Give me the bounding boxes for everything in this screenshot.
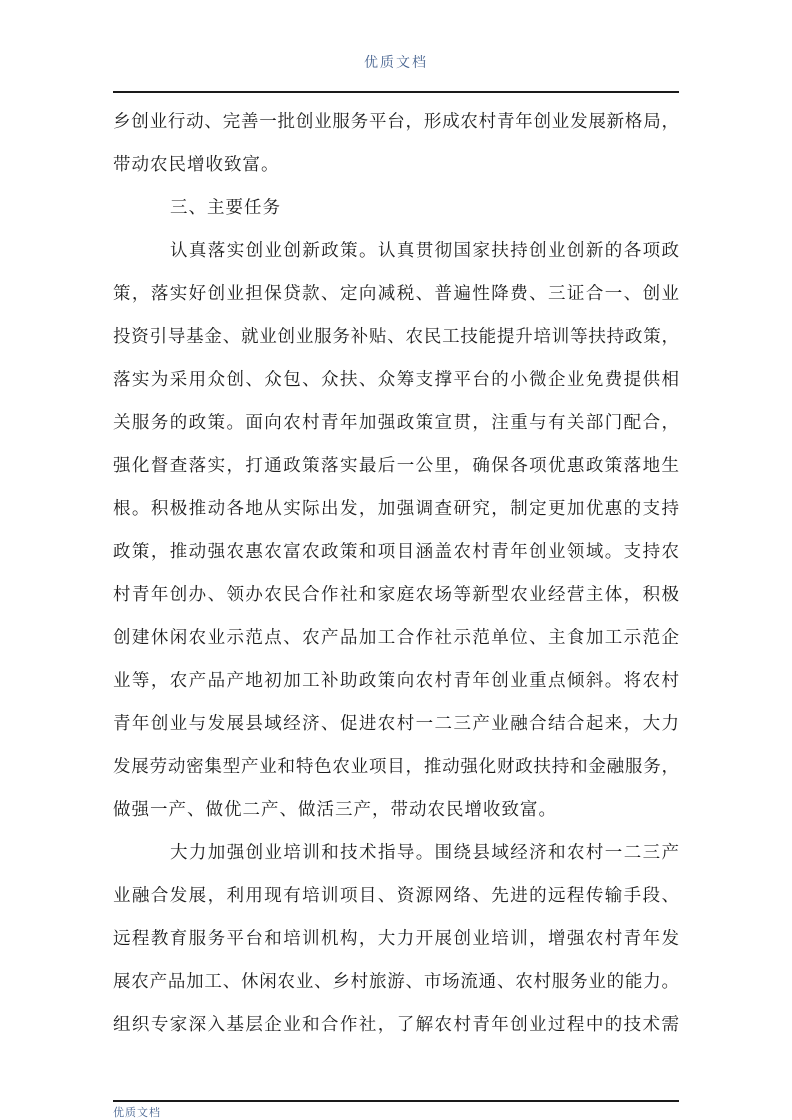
document-page: 优质文档 乡创业行动、完善一批创业服务平台，形成农村青年创业发展新格局， 带动农… [0,0,792,1120]
page-header: 优质文档 [113,0,679,93]
text-line: 展农产品加工、休闲农业、乡村旅游、市场流通、农村服务业的能力。 [113,960,679,1003]
text-line: 策，落实好创业担保贷款、定向减税、普遍性降费、三证合一、创业 [113,272,679,315]
text-line: 投资引导基金、就业创业服务补贴、农民工技能提升培训等扶持政策， [113,315,679,358]
page-footer: 优质文档 [113,1100,679,1120]
text-line: 做强一产、做优二产、做活三产，带动农民增收致富。 [113,788,679,831]
text-line: 创建休闲农业示范点、农产品加工合作社示范单位、主食加工示范企 [113,616,679,659]
text-line: 乡创业行动、完善一批创业服务平台，形成农村青年创业发展新格局， [113,100,679,143]
text-line: 组织专家深入基层企业和合作社，了解农村青年创业过程中的技术需 [113,1003,679,1046]
text-line: 大力加强创业培训和技术指导。围绕县域经济和农村一二三产 [113,831,679,874]
text-line: 关服务的政策。面向农村青年加强政策宣贯，注重与有关部门配合， [113,401,679,444]
footer-title: 优质文档 [113,1104,679,1120]
section-heading: 三、主要任务 [113,186,679,229]
text-line: 远程教育服务平台和培训机构，大力开展创业培训，增强农村青年发 [113,917,679,960]
text-line: 发展劳动密集型产业和特色农业项目，推动强化财政扶持和金融服务， [113,745,679,788]
text-line: 带动农民增收致富。 [113,143,679,186]
text-line: 业等，农产品产地初加工补助政策向农村青年创业重点倾斜。将农村 [113,659,679,702]
text-line: 业融合发展，利用现有培训项目、资源网络、先进的远程传输手段、 [113,874,679,917]
header-title: 优质文档 [113,52,679,72]
text-line: 强化督查落实，打通政策落实最后一公里，确保各项优惠政策落地生 [113,444,679,487]
text-line: 青年创业与发展县域经济、促进农村一二三产业融合结合起来，大力 [113,702,679,745]
header-rule [113,91,679,93]
text-line: 落实为采用众创、众包、众扶、众筹支撑平台的小微企业免费提供相 [113,358,679,401]
text-line: 村青年创办、领办农民合作社和家庭农场等新型农业经营主体，积极 [113,573,679,616]
text-line: 认真落实创业创新政策。认真贯彻国家扶持创业创新的各项政 [113,229,679,272]
text-line: 根。积极推动各地从实际出发，加强调查研究，制定更加优惠的支持 [113,487,679,530]
text-line: 政策，推动强农惠农富农政策和项目涵盖农村青年创业领域。支持农 [113,530,679,573]
footer-rule [113,1100,679,1102]
document-body: 乡创业行动、完善一批创业服务平台，形成农村青年创业发展新格局， 带动农民增收致富… [113,100,679,1046]
